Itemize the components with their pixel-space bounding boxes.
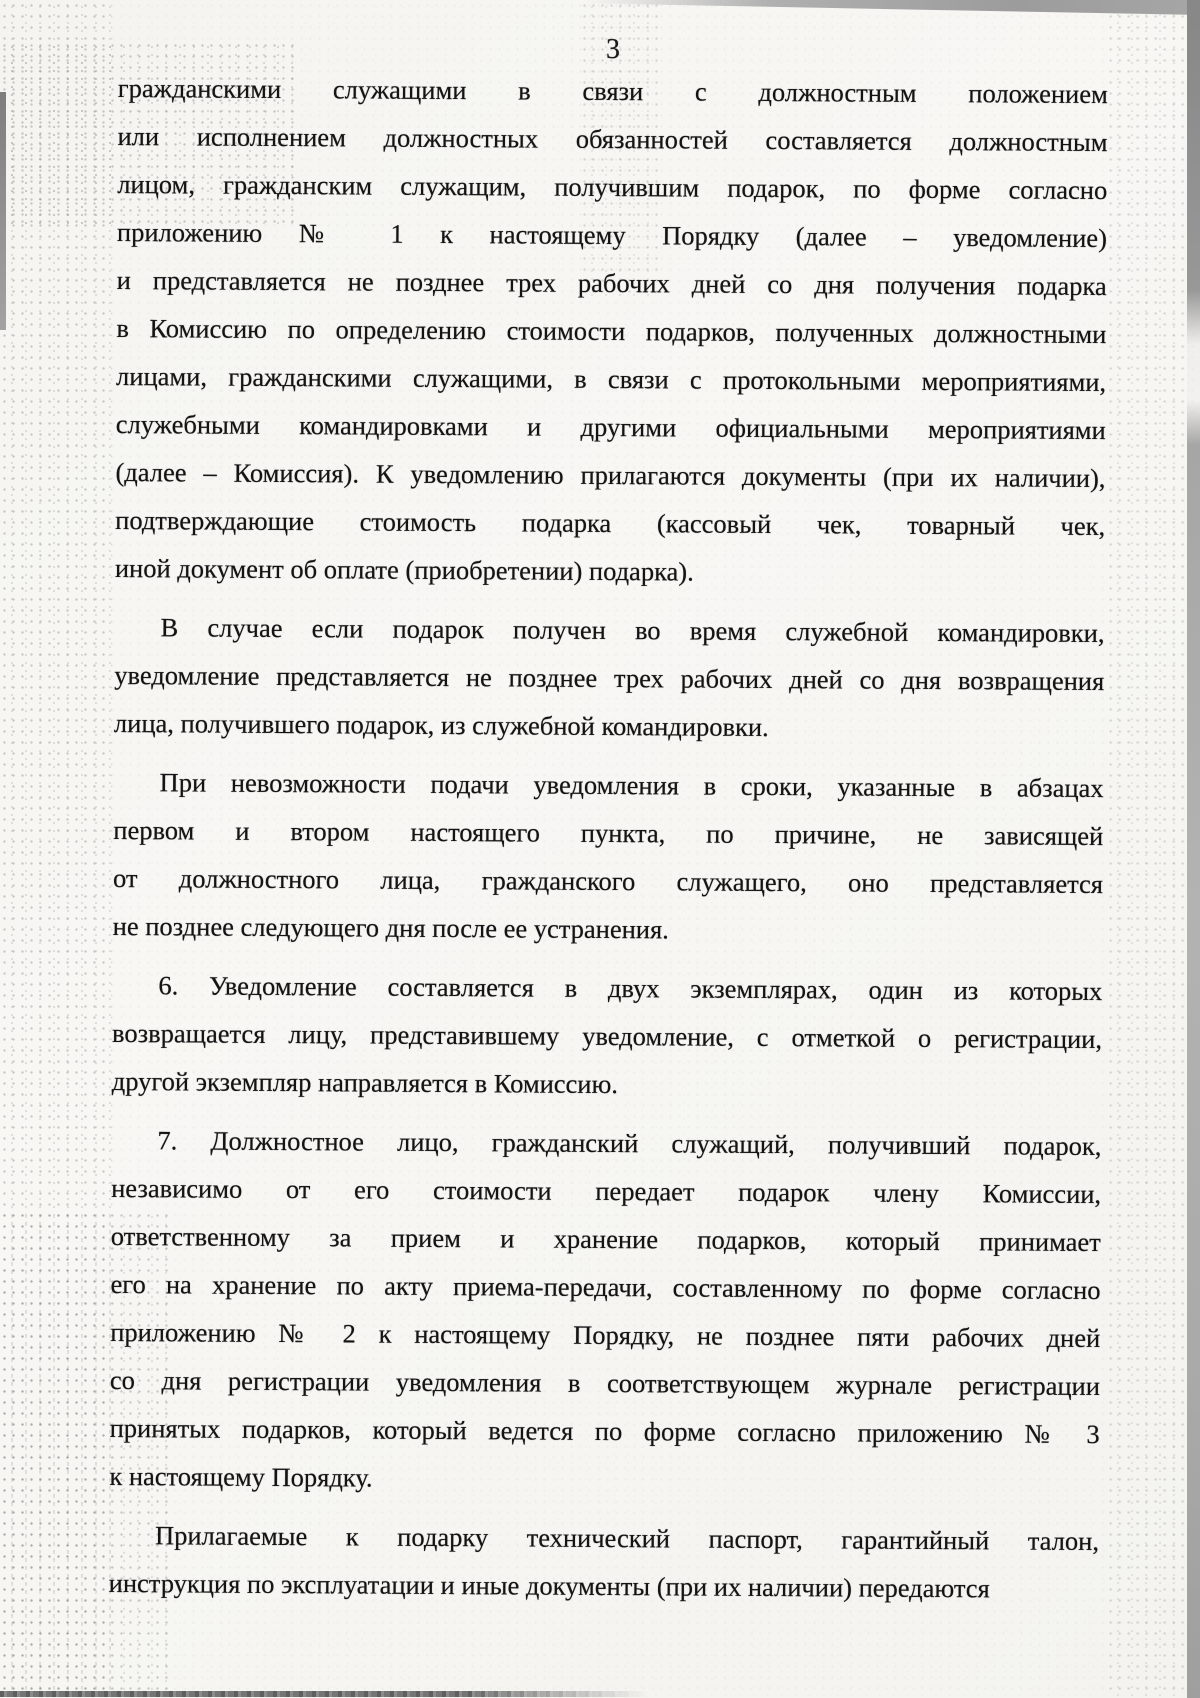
text-line: или исполнением должностных обязанностей… bbox=[117, 112, 1107, 166]
text-line: инструкция по эксплуатации и иные докуме… bbox=[109, 1559, 1099, 1613]
scan-artifact-bottom-strip bbox=[0, 1691, 648, 1697]
paragraph: гражданскими служащими в связи с должнос… bbox=[115, 64, 1108, 598]
text-line: Прилагаемые к подарку технический паспор… bbox=[109, 1511, 1099, 1565]
scan-artifact-top-band bbox=[585, 0, 1200, 15]
text-line: со дня регистрации уведомления в соответ… bbox=[110, 1356, 1100, 1410]
text-line: При невозможности подачи уведомления в с… bbox=[113, 758, 1103, 812]
text-line: уведомление представляется не позднее тр… bbox=[114, 651, 1104, 705]
scan-artifact-right-strip bbox=[1187, 0, 1200, 1698]
text-line: иной документ об оплате (приобретении) п… bbox=[115, 544, 1105, 598]
text-line: лица, получившего подарок, из служебной … bbox=[114, 699, 1104, 753]
text-line: подтверждающие стоимость подарка (кассов… bbox=[115, 496, 1105, 550]
paragraph: Прилагаемые к подарку технический паспор… bbox=[109, 1511, 1100, 1613]
text-line: служебными командировками и другими офиц… bbox=[116, 400, 1106, 454]
paragraph: 7. Должностное лицо, гражданский служащи… bbox=[109, 1116, 1101, 1506]
text-line: принятых подарков, который ведется по фо… bbox=[110, 1404, 1100, 1458]
text-line: независимо от его стоимости передает под… bbox=[111, 1164, 1101, 1218]
text-line: к настоящему Порядку. bbox=[109, 1452, 1099, 1506]
text-line: (далее – Комиссия). К уведомлению прилаг… bbox=[115, 448, 1105, 502]
paragraph: В случае если подарок получен во время с… bbox=[114, 603, 1105, 753]
text-line: другой экземпляр направляется в Комиссию… bbox=[112, 1057, 1102, 1111]
document-body: гражданскими служащими в связи с должнос… bbox=[109, 64, 1108, 1624]
page-number: 3 bbox=[118, 34, 1108, 66]
text-line: В случае если подарок получен во время с… bbox=[114, 603, 1104, 657]
text-line: в Комиссию по определению стоимости пода… bbox=[116, 304, 1106, 358]
paragraph: При невозможности подачи уведомления в с… bbox=[113, 758, 1104, 956]
text-line: приложению № 2 к настоящему Порядку, не … bbox=[110, 1308, 1100, 1362]
paragraphs-container: гражданскими служащими в связи с должнос… bbox=[109, 64, 1108, 1613]
text-line: гражданскими служащими в связи с должнос… bbox=[118, 64, 1108, 118]
scan-noise-left-margin bbox=[0, 0, 112, 1698]
text-line: возвращается лицу, представившему уведом… bbox=[112, 1009, 1102, 1063]
text-line: ответственному за прием и хранение подар… bbox=[111, 1212, 1101, 1266]
text-line: 7. Должностное лицо, гражданский служащи… bbox=[111, 1116, 1101, 1170]
scan-artifact-left-strip bbox=[0, 92, 6, 330]
text-line: и представляется не позднее трех рабочих… bbox=[117, 256, 1107, 310]
text-line: первом и втором настоящего пункта, по пр… bbox=[113, 806, 1103, 860]
text-line: его на хранение по акту приема-передачи,… bbox=[110, 1260, 1100, 1314]
scanned-document-page: 3 гражданскими служащими в связи с должн… bbox=[0, 0, 1200, 1698]
text-line: от должностного лица, гражданского служа… bbox=[113, 854, 1103, 908]
text-line: не позднее следующего дня после ее устра… bbox=[113, 902, 1103, 956]
text-line: лицом, гражданским служащим, получившим … bbox=[117, 160, 1107, 214]
text-line: приложению № 1 к настоящему Порядку (дал… bbox=[117, 208, 1107, 262]
paragraph: 6. Уведомление составляется в двух экзем… bbox=[112, 961, 1103, 1111]
scan-noise-right-margin bbox=[1106, 0, 1186, 1698]
text-line: лицами, гражданскими служащими, в связи … bbox=[116, 352, 1106, 406]
text-line: 6. Уведомление составляется в двух экзем… bbox=[112, 961, 1102, 1015]
